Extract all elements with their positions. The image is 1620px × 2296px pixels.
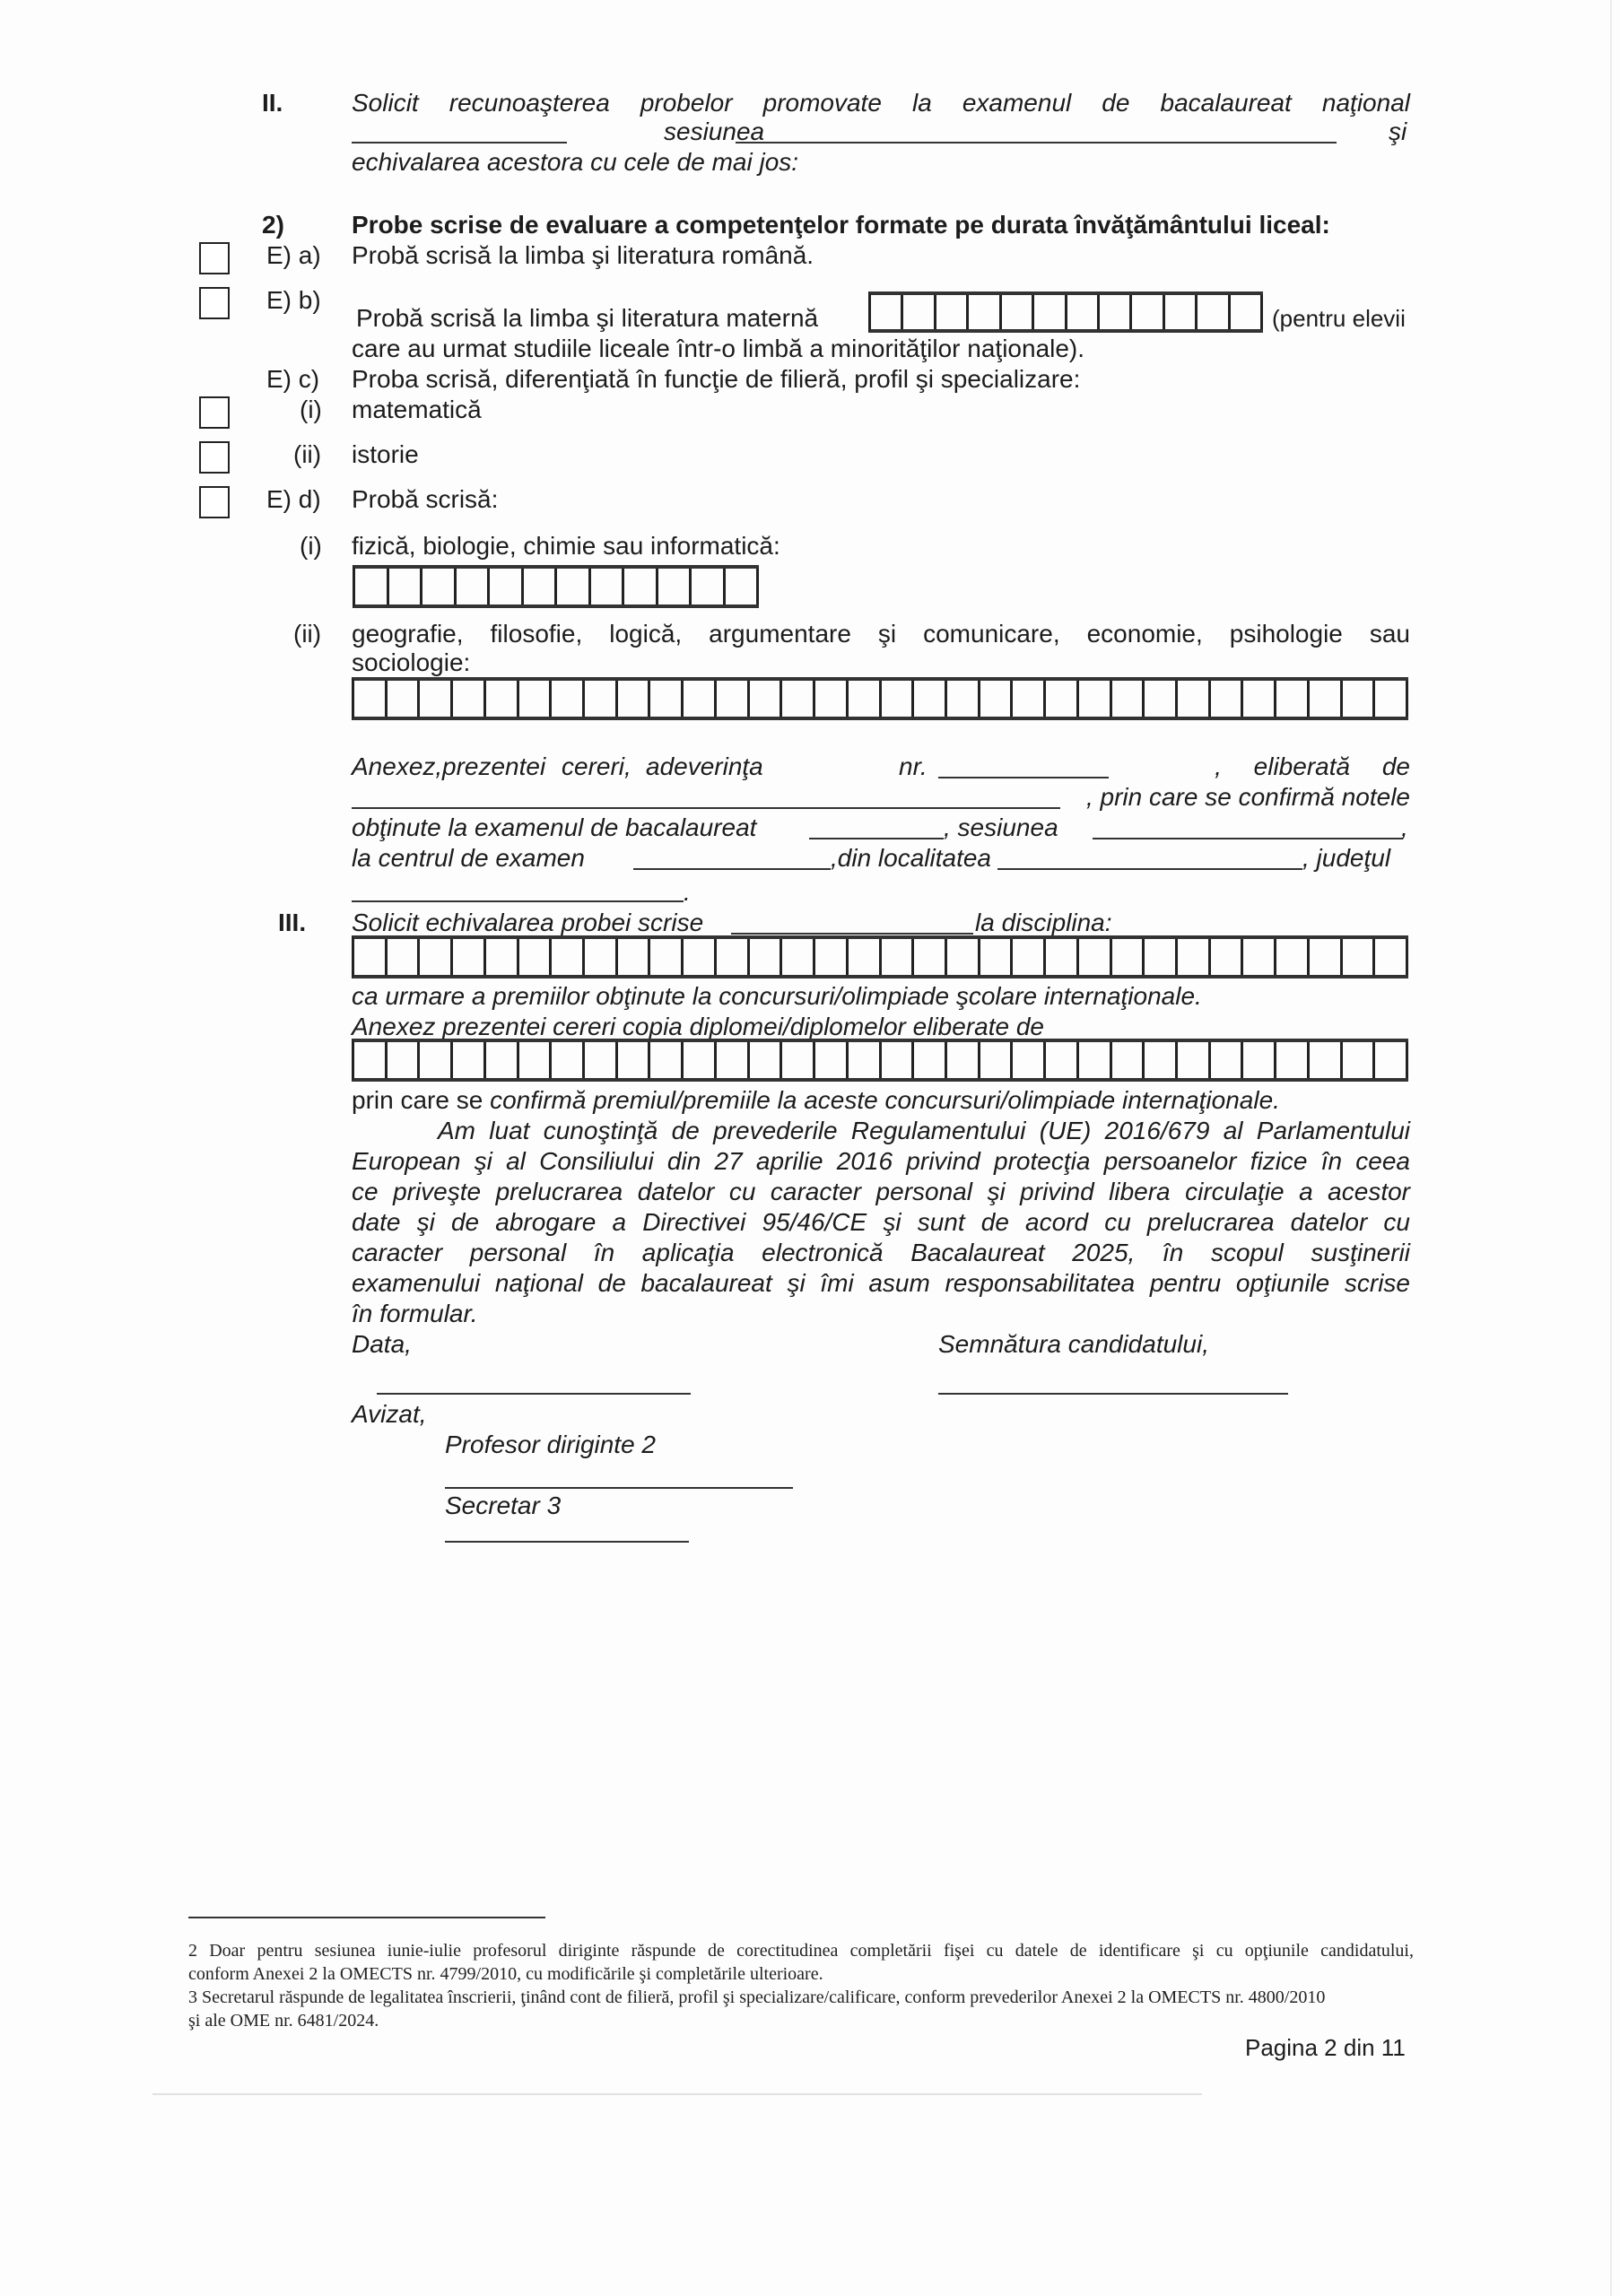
char-cell[interactable] xyxy=(782,681,815,717)
char-cell[interactable] xyxy=(1013,939,1046,975)
char-cell[interactable] xyxy=(453,939,486,975)
section-iii-anexez: Anexez prezentei cereri copia diplomei/d… xyxy=(352,1012,1044,1042)
footnote-2: 2 Doar pentru sesiunea iunie-iulie profe… xyxy=(188,1939,1414,2032)
char-cell[interactable] xyxy=(871,295,903,329)
ed-ii-subject-cells[interactable] xyxy=(352,677,1408,720)
char-cell[interactable] xyxy=(1013,681,1046,717)
char-cell[interactable] xyxy=(1079,1042,1112,1078)
char-cell[interactable] xyxy=(815,681,849,717)
checkbox-ed[interactable] xyxy=(199,486,230,518)
field-locality[interactable] xyxy=(997,868,1302,870)
section-iii-urmare: ca urmare a premiilor obţinute la concur… xyxy=(352,981,1202,1012)
char-cell[interactable] xyxy=(650,681,684,717)
annex-sesiunea: , sesiunea xyxy=(944,813,1058,843)
char-cell[interactable] xyxy=(684,1042,717,1078)
char-cell[interactable] xyxy=(486,681,519,717)
char-cell[interactable] xyxy=(947,1042,980,1078)
section-iii-numeral: III. xyxy=(278,908,306,938)
char-cell[interactable] xyxy=(1145,939,1178,975)
consent-line: European şi al Consiliului din 27 aprili… xyxy=(352,1146,1410,1177)
consent-line: ce priveşte prelucrarea datelor cu carac… xyxy=(352,1177,1410,1207)
char-cell[interactable] xyxy=(849,1042,882,1078)
char-cell[interactable] xyxy=(936,295,969,329)
char-cell[interactable] xyxy=(903,295,936,329)
item-ec-i-text: matematică xyxy=(352,395,482,425)
item-ed-ii-text1: geografie, filosofie, logică, argumentar… xyxy=(352,619,1410,649)
char-cell[interactable] xyxy=(585,681,618,717)
annex-comma: , xyxy=(1401,813,1408,843)
char-cell[interactable] xyxy=(618,939,651,975)
char-cell[interactable] xyxy=(1046,681,1079,717)
char-cell[interactable] xyxy=(914,1042,947,1078)
char-cell[interactable] xyxy=(453,1042,486,1078)
char-cell[interactable] xyxy=(519,1042,553,1078)
char-cell[interactable] xyxy=(388,681,421,717)
char-cell[interactable] xyxy=(389,569,423,604)
si-label: şi xyxy=(1389,117,1407,147)
section-ii-line1: Solicit recunoaşterea probelor promovate… xyxy=(352,88,1410,118)
char-cell[interactable] xyxy=(1046,1042,1079,1078)
char-cell[interactable] xyxy=(1100,295,1132,329)
closing-italic: confirmă premiul/premiile la aceste conc… xyxy=(490,1086,1280,1114)
char-cell[interactable] xyxy=(882,681,915,717)
char-cell[interactable] xyxy=(1112,681,1145,717)
char-cell[interactable] xyxy=(552,939,585,975)
field-exam-year[interactable] xyxy=(352,142,567,143)
char-cell[interactable] xyxy=(585,939,618,975)
profesor-label: Profesor diriginte 2 xyxy=(445,1430,656,1460)
char-cell[interactable] xyxy=(692,569,726,604)
char-cell[interactable] xyxy=(882,939,915,975)
section-iii-la-disciplina: la disciplina: xyxy=(975,908,1112,938)
char-cell[interactable] xyxy=(624,569,658,604)
char-cell[interactable] xyxy=(882,1042,915,1078)
annex-prin-care: , prin care se confirmă notele xyxy=(1062,782,1410,813)
char-cell[interactable] xyxy=(618,681,651,717)
char-cell[interactable] xyxy=(1013,1042,1046,1078)
char-cell[interactable] xyxy=(1343,939,1376,975)
consent-paragraph: Am luat cunoştinţă de prevederile Regula… xyxy=(352,1116,1410,1299)
char-cell[interactable] xyxy=(815,1042,849,1078)
char-cell[interactable] xyxy=(1067,295,1100,329)
char-cell[interactable] xyxy=(684,681,717,717)
char-cell[interactable] xyxy=(1112,939,1145,975)
annex-w5: nr. xyxy=(899,752,928,782)
char-cell[interactable] xyxy=(1046,939,1079,975)
char-cell[interactable] xyxy=(1211,1042,1244,1078)
field-candidate-signature[interactable] xyxy=(938,1393,1288,1395)
eb-language-cells[interactable] xyxy=(868,291,1263,333)
char-cell[interactable] xyxy=(1276,1042,1310,1078)
item-ed-i-text: fizică, biologie, chimie sau informatică… xyxy=(352,531,780,561)
group-number: 2) xyxy=(262,210,284,240)
page-number: Pagina 2 din 11 xyxy=(1245,2034,1406,2062)
char-cell[interactable] xyxy=(1079,681,1112,717)
checkbox-ec-i[interactable] xyxy=(199,396,230,429)
item-ed-ii-text2: sociologie: xyxy=(352,648,470,678)
char-cell[interactable] xyxy=(1178,681,1211,717)
char-cell[interactable] xyxy=(1276,681,1310,717)
char-cell[interactable] xyxy=(420,1042,453,1078)
char-cell[interactable] xyxy=(1034,295,1067,329)
char-cell[interactable] xyxy=(355,569,389,604)
consent-line: caracter personal în aplicaţia electroni… xyxy=(352,1238,1410,1268)
char-cell[interactable] xyxy=(782,939,815,975)
section-ii-line3: echivalarea acestora cu cele de mai jos: xyxy=(352,147,798,178)
annex-w4: adeverinţa xyxy=(646,752,763,782)
char-cell[interactable] xyxy=(1310,681,1343,717)
char-cell[interactable] xyxy=(1002,295,1034,329)
footnote-2-line2: conform Anexei 2 la OMECTS nr. 4799/2010… xyxy=(188,1962,1414,1986)
consent-line: Am luat cunoştinţă de prevederile Regula… xyxy=(352,1116,1410,1146)
item-ed-i-label: (i) xyxy=(300,531,322,561)
char-cell[interactable] xyxy=(422,569,457,604)
char-cell[interactable] xyxy=(1178,939,1211,975)
char-cell[interactable] xyxy=(1132,295,1164,329)
annex-din-localitatea: ,din localitatea xyxy=(831,843,991,874)
char-cell[interactable] xyxy=(1375,939,1408,975)
char-cell[interactable] xyxy=(420,939,453,975)
char-cell[interactable] xyxy=(914,681,947,717)
char-cell[interactable] xyxy=(750,681,783,717)
char-cell[interactable] xyxy=(1079,939,1112,975)
char-cell[interactable] xyxy=(457,569,491,604)
consent-last-line: în formular. xyxy=(352,1299,478,1329)
section-ii-numeral: II. xyxy=(262,88,283,118)
char-cell[interactable] xyxy=(618,1042,651,1078)
char-cell[interactable] xyxy=(388,1042,421,1078)
char-cell[interactable] xyxy=(969,295,1001,329)
item-ec-ii-text: istorie xyxy=(352,439,419,470)
ed-i-subject-cells[interactable] xyxy=(353,565,759,608)
char-cell[interactable] xyxy=(1310,1042,1343,1078)
item-eb-note-end: care au urmat studiile liceale într-o li… xyxy=(352,334,1084,364)
char-cell[interactable] xyxy=(947,939,980,975)
field-teacher-signature[interactable] xyxy=(445,1487,793,1489)
char-cell[interactable] xyxy=(717,681,750,717)
char-cell[interactable] xyxy=(453,681,486,717)
char-cell[interactable] xyxy=(1310,939,1343,975)
char-cell[interactable] xyxy=(1165,295,1198,329)
char-cell[interactable] xyxy=(815,939,849,975)
secretar-label: Secretar 3 xyxy=(445,1491,561,1521)
checkbox-eb[interactable] xyxy=(199,287,230,319)
char-cell[interactable] xyxy=(486,1042,519,1078)
field-bac-year[interactable] xyxy=(809,838,944,839)
field-exam-test[interactable] xyxy=(731,933,973,935)
char-cell[interactable] xyxy=(947,681,980,717)
char-cell[interactable] xyxy=(354,939,388,975)
discipline-cells[interactable] xyxy=(352,935,1408,978)
field-bac-session[interactable] xyxy=(1093,838,1403,839)
footnote-2-line1: 2 Doar pentru sesiunea iunie-iulie profe… xyxy=(188,1939,1414,1962)
annex-eliberata: , eliberată de xyxy=(1110,752,1410,782)
char-cell[interactable] xyxy=(519,681,553,717)
char-cell[interactable] xyxy=(717,1042,750,1078)
signature-label: Semnătura candidatului, xyxy=(938,1329,1209,1360)
char-cell[interactable] xyxy=(1375,1042,1408,1078)
char-cell[interactable] xyxy=(1112,1042,1145,1078)
char-cell[interactable] xyxy=(717,939,750,975)
section-iii-solicit: Solicit echivalarea probei scrise xyxy=(352,908,703,938)
annex-centrul: la centrul de examen xyxy=(352,843,585,874)
item-ed-text: Probă scrisă: xyxy=(352,484,498,515)
char-cell[interactable] xyxy=(1243,1042,1276,1078)
char-cell[interactable] xyxy=(1375,681,1408,717)
char-cell[interactable] xyxy=(1343,681,1376,717)
char-cell[interactable] xyxy=(552,681,585,717)
char-cell[interactable] xyxy=(1211,939,1244,975)
char-cell[interactable] xyxy=(914,939,947,975)
field-secretary-signature[interactable] xyxy=(445,1541,689,1543)
consent-line: examenului naţional de bacalaureat şi îm… xyxy=(352,1268,1410,1299)
char-cell[interactable] xyxy=(684,939,717,975)
item-eb-text: Probă scrisă la limba şi literatura mate… xyxy=(356,303,818,334)
char-cell[interactable] xyxy=(750,939,783,975)
item-ec-label: E) c) xyxy=(266,364,319,395)
char-cell[interactable] xyxy=(980,681,1014,717)
annex-period: . xyxy=(684,877,691,908)
char-cell[interactable] xyxy=(650,939,684,975)
item-ec-i-label: (i) xyxy=(300,395,322,425)
char-cell[interactable] xyxy=(750,1042,783,1078)
section-iii-closing: prin care se confirmă premiul/premiile l… xyxy=(352,1085,1280,1116)
footnote-3-line2: şi ale OME nr. 6481/2024. xyxy=(188,2009,1414,2032)
checkbox-ea[interactable] xyxy=(199,242,230,274)
footnote-3-line1: 3 Secretarul răspunde de legalitatea îns… xyxy=(188,1986,1414,2009)
data-label: Data, xyxy=(352,1329,412,1360)
char-cell[interactable] xyxy=(486,939,519,975)
field-certificate-number[interactable] xyxy=(938,777,1109,778)
char-cell[interactable] xyxy=(1231,295,1263,329)
annex-w3: cereri, xyxy=(562,752,631,782)
char-cell[interactable] xyxy=(1276,939,1310,975)
char-cell[interactable] xyxy=(490,569,524,604)
annex-w2: prezentei xyxy=(442,752,545,782)
annex-w1: Anexez, xyxy=(352,752,442,782)
field-issuer[interactable] xyxy=(352,807,1060,809)
char-cell[interactable] xyxy=(524,569,558,604)
char-cell[interactable] xyxy=(354,681,388,717)
char-cell[interactable] xyxy=(980,1042,1014,1078)
char-cell[interactable] xyxy=(388,939,421,975)
item-ec-ii-label: (ii) xyxy=(293,439,321,470)
annex-obtinute: obţinute la examenul de bacalaureat xyxy=(352,813,756,843)
field-county[interactable] xyxy=(352,900,684,902)
char-cell[interactable] xyxy=(782,1042,815,1078)
char-cell[interactable] xyxy=(1198,295,1230,329)
avizat-label: Avizat, xyxy=(352,1399,427,1430)
item-eb-label: E) b) xyxy=(266,285,321,316)
char-cell[interactable] xyxy=(557,569,591,604)
item-ea-text: Probă scrisă la limba şi literatura româ… xyxy=(352,240,814,271)
scan-edge xyxy=(1610,0,1612,2296)
char-cell[interactable] xyxy=(650,1042,684,1078)
char-cell[interactable] xyxy=(658,569,692,604)
closing-upright: prin care se xyxy=(352,1086,483,1114)
char-cell[interactable] xyxy=(354,1042,388,1078)
char-cell[interactable] xyxy=(849,681,882,717)
field-date[interactable] xyxy=(377,1393,691,1395)
char-cell[interactable] xyxy=(552,1042,585,1078)
char-cell[interactable] xyxy=(1343,1042,1376,1078)
char-cell[interactable] xyxy=(591,569,625,604)
scan-artifact xyxy=(152,2093,1202,2095)
char-cell[interactable] xyxy=(980,939,1014,975)
char-cell[interactable] xyxy=(1178,1042,1211,1078)
char-cell[interactable] xyxy=(519,939,553,975)
field-session[interactable] xyxy=(736,142,1337,143)
char-cell[interactable] xyxy=(420,681,453,717)
char-cell[interactable] xyxy=(585,1042,618,1078)
char-cell[interactable] xyxy=(1243,939,1276,975)
item-ed-label: E) d) xyxy=(266,484,321,515)
char-cell[interactable] xyxy=(849,939,882,975)
item-eb-note-start: (pentru elevii xyxy=(1272,303,1406,334)
char-cell[interactable] xyxy=(1145,1042,1178,1078)
annex-judetul: , judeţul xyxy=(1302,843,1390,874)
footnote-separator xyxy=(188,1917,545,1918)
char-cell[interactable] xyxy=(1243,681,1276,717)
item-ec-text: Proba scrisă, diferenţiată în funcţie de… xyxy=(352,364,1080,395)
char-cell[interactable] xyxy=(1211,681,1244,717)
consent-line: date şi de abrogare a Directivei 95/46/C… xyxy=(352,1207,1410,1238)
item-ea-label: E) a) xyxy=(266,240,321,271)
item-ed-ii-label: (ii) xyxy=(293,619,321,649)
char-cell[interactable] xyxy=(1145,681,1178,717)
checkbox-ec-ii[interactable] xyxy=(199,441,230,474)
char-cell[interactable] xyxy=(726,569,760,604)
diploma-issuer-cells[interactable] xyxy=(352,1039,1408,1082)
group-title: Probe scrise de evaluare a competenţelor… xyxy=(352,210,1330,240)
field-exam-center[interactable] xyxy=(633,868,831,870)
